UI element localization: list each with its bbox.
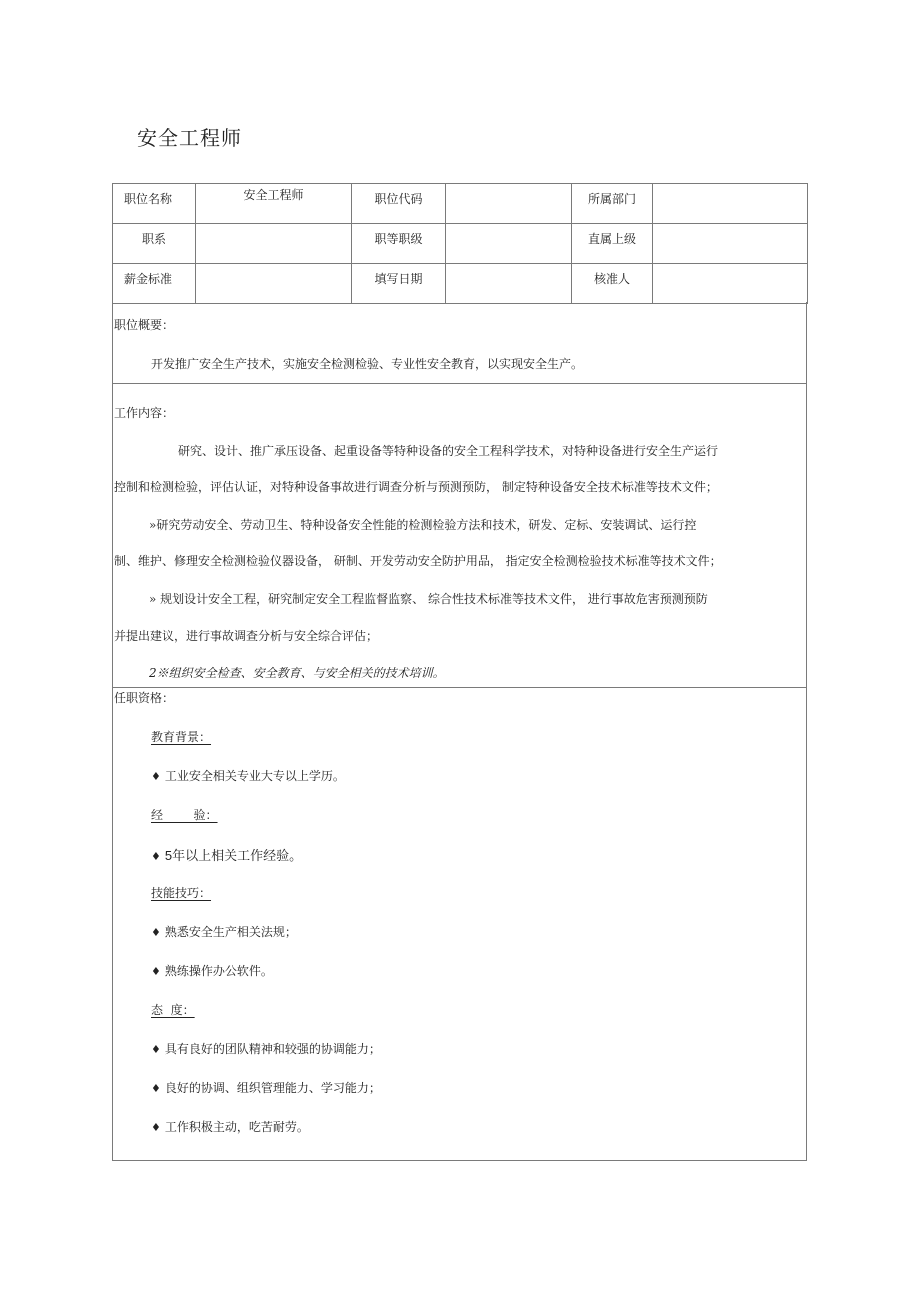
- qualification-item: ♦熟悉安全生产相关法规；: [151, 923, 297, 940]
- diamond-bullet-icon: ♦: [151, 850, 161, 863]
- duty-line: 并提出建议，进行事故调查分析与安全综合评估；: [114, 627, 378, 644]
- summary-section: 职位概要： 开发推广安全生产技术，实施安全检测检验、专业性安全教育，以实现安全生…: [112, 302, 807, 384]
- qualifications-section: 任职资格： 教育背景： ♦工业安全相关专业大专以上学历。 经 验： ♦5年以上相…: [112, 688, 807, 1161]
- summary-heading: 职位概要：: [114, 316, 174, 333]
- value-salary-standard: [196, 264, 352, 304]
- value-approver: [653, 264, 808, 304]
- diamond-bullet-icon: ♦: [151, 1082, 161, 1095]
- diamond-bullet-icon: ♦: [151, 926, 161, 939]
- table-row: 薪金标准 填写日期 核准人: [113, 264, 808, 304]
- qualification-item: ♦具有良好的团队精神和较强的协调能力；: [151, 1040, 381, 1057]
- duty-line: 控制和检测检验，评估认证，对特种设备事故进行调查分析与预测预防， 制定特种设备安…: [114, 478, 718, 495]
- qualification-item: ♦良好的协调、组织管理能力、学习能力；: [151, 1079, 381, 1096]
- label-salary-standard: 薪金标准: [113, 264, 196, 304]
- value-department: [653, 184, 808, 224]
- document-title: 安全工程师: [137, 122, 242, 151]
- group-title-education: 教育背景：: [151, 728, 211, 745]
- duty-line: » 规划设计安全工程，研究制定安全工程监督监察、 综合性技术标准等技术文件， 进…: [149, 590, 708, 607]
- qualifications-heading: 任职资格：: [114, 689, 174, 706]
- label-job-family: 职系: [113, 224, 196, 264]
- label-position-code: 职位代码: [352, 184, 446, 224]
- diamond-bullet-icon: ♦: [151, 965, 161, 978]
- qualification-item: ♦5年以上相关工作经验。: [151, 845, 302, 864]
- duties-section: 工作内容： 研究、设计、推广承压设备、起重设备等特种设备的安全工程科学技术，对特…: [112, 384, 807, 688]
- value-job-grade: [446, 224, 572, 264]
- qualification-item: ♦熟练操作办公软件。: [151, 962, 273, 979]
- label-approver: 核准人: [572, 264, 653, 304]
- job-info-table: 职位名称 安全工程师 职位代码 所属部门 职系 职等职级 直属上级 薪金标准 填…: [112, 183, 808, 304]
- duty-line: »研究劳动安全、劳动卫生、特种设备安全性能的检测检验方法和技术，研发、定标、安装…: [149, 516, 696, 533]
- diamond-bullet-icon: ♦: [151, 770, 161, 783]
- diamond-bullet-icon: ♦: [151, 1043, 161, 1056]
- value-job-family: [196, 224, 352, 264]
- qualification-item: ♦工业安全相关专业大专以上学历。: [151, 767, 345, 784]
- duty-line: 研究、设计、推广承压设备、起重设备等特种设备的安全工程科学技术，对特种设备进行安…: [178, 442, 718, 459]
- table-row: 职位名称 安全工程师 职位代码 所属部门: [113, 184, 808, 224]
- label-position-name: 职位名称: [113, 184, 196, 224]
- group-title-attitude: 态 度：: [151, 1001, 195, 1018]
- table-row: 职系 职等职级 直属上级: [113, 224, 808, 264]
- summary-text: 开发推广安全生产技术，实施安全检测检验、专业性安全教育，以实现安全生产。: [151, 355, 583, 372]
- duties-heading: 工作内容：: [114, 404, 174, 421]
- qualification-item: ♦工作积极主动，吃苦耐劳。: [151, 1118, 309, 1135]
- group-title-skills: 技能技巧：: [151, 884, 211, 901]
- duty-line: 制、维护、修理安全检测检验仪器设备， 研制、开发劳动安全防护用品， 指定安全检测…: [114, 552, 722, 569]
- value-direct-supervisor: [653, 224, 808, 264]
- value-position-code: [446, 184, 572, 224]
- group-title-experience: 经 验：: [151, 806, 218, 823]
- label-job-grade: 职等职级: [352, 224, 446, 264]
- label-department: 所属部门: [572, 184, 653, 224]
- value-position-name: 安全工程师: [196, 184, 352, 224]
- diamond-bullet-icon: ♦: [151, 1121, 161, 1134]
- duty-line: 2※组织安全检查、安全教育、与安全相关的技术培训。: [149, 664, 445, 681]
- label-direct-supervisor: 直属上级: [572, 224, 653, 264]
- value-fill-date: [446, 264, 572, 304]
- label-fill-date: 填写日期: [352, 264, 446, 304]
